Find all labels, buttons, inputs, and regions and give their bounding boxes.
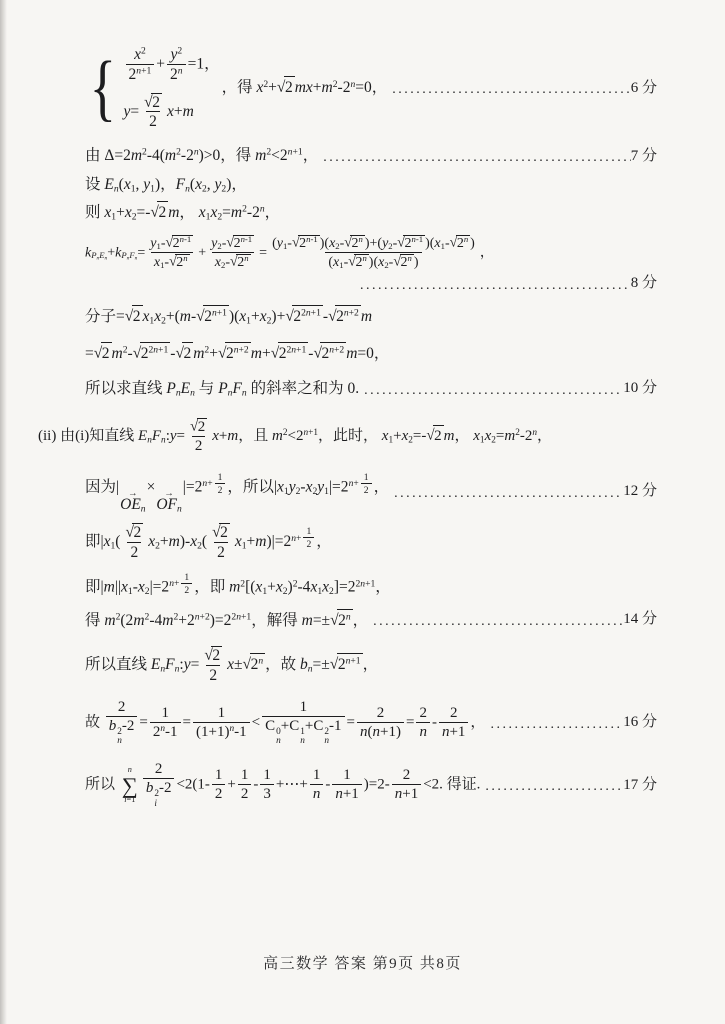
math-solution-content: {x22n+1+y22n=1，y=√22x+m，得 x2+√2mx+m2-2n=… [0, 0, 725, 810]
score-label: 16 分 [623, 712, 657, 734]
line-abs-substitution: 即|x1(√22x2+m)-x2(√22x1+m)|=2n+12， [0, 523, 725, 562]
formula: {x22n+1+y22n=1，y=√22x+m，得 x2+√2mx+m2-2n=… [85, 46, 387, 131]
page-footer: 高三数学 答案 第9页 共8页 [0, 952, 725, 973]
formula: (ii) 由(i)知直线 EnFn:y=√22x+m，且 m2<2n+1，此时，… [38, 418, 552, 456]
formula: 设 En(x1, y1)，Fn(x2, y2)， [85, 174, 247, 196]
line-set-points: 设 En(x1, y1)，Fn(x2, y2)， [0, 174, 725, 196]
formula: 因为|→OEn×→OFn|=2n+12，所以|x1y2-x2y1|=2n+12， [85, 472, 389, 514]
line-part2-intro: (ii) 由(i)知直线 EnFn:y=√22x+m，且 m2<2n+1，此时，… [0, 418, 725, 456]
score-label: 8 分 [631, 273, 657, 295]
line-numerator: 分子=√2x1x2+(m-√2n+1)(x1+x2)+√22n+1-√2n+2m [0, 305, 725, 328]
formula: 故 2b2n-2=12n-1=1(1+1)n-1<1C0n+C1n+C2n-1=… [85, 699, 485, 747]
formula: kPnEn+kPnFn=y1-√2n-1x1-√2n+y2-√2n-1x2-√2… [85, 235, 494, 271]
score-label: 6 分 [631, 78, 657, 100]
score-label: 7 分 [631, 146, 657, 168]
score-label: 12 分 [623, 481, 657, 503]
formula: =√2m2-√22n+1-√2m2+√2n+2m+√22n+1-√2n+2m=0… [85, 342, 389, 365]
score-label: 17 分 [623, 775, 657, 797]
formula: 即|x1(√22x2+m)-x2(√22x1+m)|=2n+12， [85, 523, 332, 562]
line-system-substitution: {x22n+1+y22n=1，y=√22x+m，得 x2+√2mx+m2-2n=… [0, 46, 725, 131]
line-solve-m: 得 m2(2m2-4m2+2n+2)=22n+1，解得 m=±√2n，.....… [0, 609, 725, 632]
formula: 由 Δ=2m2-4(m2-2n)>0，得 m2<2n+1， [85, 145, 318, 167]
formula: 即|m||x1-x2|=2n+12，即 m2[(x1+x2)2-4x1x2]=2… [85, 572, 391, 599]
dot-leader: ........................................… [387, 80, 630, 100]
dot-leader: ........................................… [389, 484, 623, 504]
answer-sheet-page: {x22n+1+y22n=1，y=√22x+m，得 x2+√2mx+m2-2n=… [0, 0, 725, 1024]
line-telescoping-sum: 所以 n∑i=12b2i-2<2(1-12+12-13+⋯+1n-1n+1)=2… [0, 761, 725, 809]
score-label: 10 分 [623, 378, 657, 400]
line-line-equation-bn: 所以直线 EnFn:y=√22x±√2n，故 bn=±√2n+1， [0, 646, 725, 685]
formula: 则 x1+x2=-√2m， x1x2=m2-2n， [85, 201, 280, 224]
line-dots-8pts: ........................................… [0, 273, 725, 295]
formula: 得 m2(2m2-4m2+2n+2)=22n+1，解得 m=±√2n， [85, 609, 368, 632]
formula: 所以求直线 PnEn 与 PnFn 的斜率之和为 0. [85, 378, 359, 400]
formula: 所以 n∑i=12b2i-2<2(1-12+12-13+⋯+1n-1n+1)=2… [85, 761, 480, 809]
dot-leader: ........................................… [359, 381, 623, 401]
dot-leader: ........................................… [368, 612, 623, 632]
dot-leader: ........................................… [485, 715, 623, 735]
dot-leader: ........................................… [480, 777, 623, 797]
line-discriminant: 由 Δ=2m2-4(m2-2n)>0，得 m2<2n+1，...........… [0, 145, 725, 167]
line-cross-product: 因为|→OEn×→OFn|=2n+12，所以|x1y2-x2y1|=2n+12，… [0, 472, 725, 514]
line-slope-sum-expression: kPnEn+kPnFn=y1-√2n-1x1-√2n+y2-√2n-1x2-√2… [0, 235, 725, 271]
line-numerator-expanded: =√2m2-√22n+1-√2m2+√2n+2m+√22n+1-√2n+2m=0… [0, 342, 725, 365]
line-vieta: 则 x1+x2=-√2m， x1x2=m2-2n， [0, 201, 725, 224]
formula: 分子=√2x1x2+(m-√2n+1)(x1+x2)+√22n+1-√2n+2m [85, 305, 372, 328]
dot-leader: ........................................… [355, 276, 631, 296]
line-slope-conclusion: 所以求直线 PnEn 与 PnFn 的斜率之和为 0..............… [0, 378, 725, 400]
line-abs-m-difference: 即|m||x1-x2|=2n+12，即 m2[(x1+x2)2-4x1x2]=2… [0, 572, 725, 599]
dot-leader: ........................................… [318, 148, 631, 168]
formula: 所以直线 EnFn:y=√22x±√2n，故 bn=±√2n+1， [85, 646, 378, 685]
score-label: 14 分 [623, 609, 657, 631]
line-bn-inequality: 故 2b2n-2=12n-1=1(1+1)n-1<1C0n+C1n+C2n-1=… [0, 699, 725, 747]
